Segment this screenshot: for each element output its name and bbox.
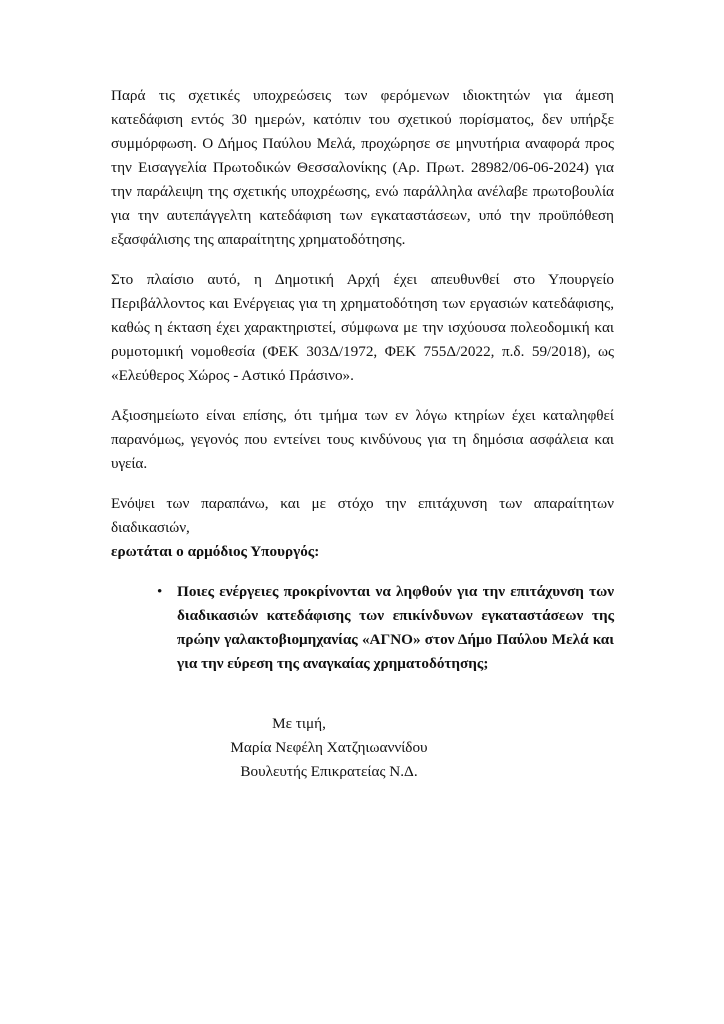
bullet-icon: • (157, 580, 162, 604)
salutation: Με τιμή, (249, 712, 349, 736)
paragraph-4: Ενόψει των παραπάνω, και με στόχο την επ… (111, 492, 614, 540)
question-intro: ερωτάται ο αρμόδιος Υπουργός: (111, 540, 614, 564)
signatory-name: Μαρία Νεφέλη Χατζηιωαννίδου (169, 736, 489, 760)
signature-block: Με τιμή, Μαρία Νεφέλη Χατζηιωαννίδου Βου… (111, 712, 614, 784)
document-body: Παρά τις σχετικές υποχρεώσεις των φερόμε… (111, 84, 614, 676)
question-list: • Ποιες ενέργειες προκρίνονται να ληφθού… (111, 580, 614, 676)
paragraph-2: Στο πλαίσιο αυτό, η Δημοτική Αρχή έχει α… (111, 268, 614, 388)
paragraph-3: Αξιοσημείωτο είναι επίσης, ότι τμήμα των… (111, 404, 614, 476)
signatory-title: Βουλευτής Επικρατείας Ν.Δ. (169, 760, 489, 784)
question-text: Ποιες ενέργειες προκρίνονται να ληφθούν … (177, 583, 614, 672)
paragraph-1: Παρά τις σχετικές υποχρεώσεις των φερόμε… (111, 84, 614, 252)
question-item: • Ποιες ενέργειες προκρίνονται να ληφθού… (177, 580, 614, 676)
